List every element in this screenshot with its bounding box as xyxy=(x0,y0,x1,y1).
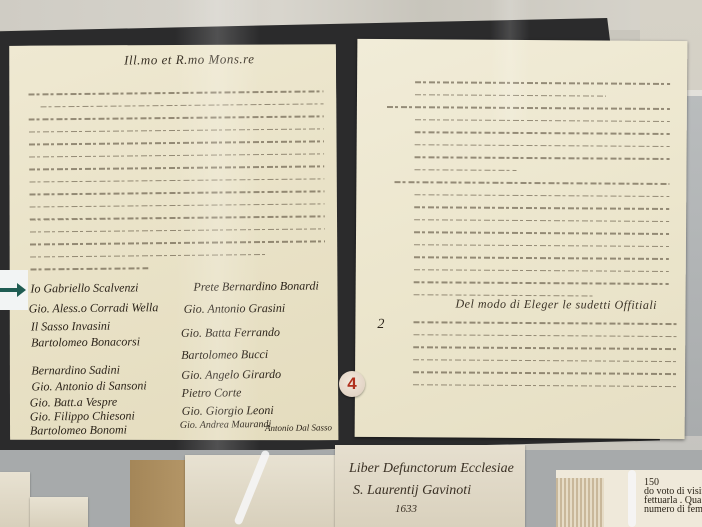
manuscript-body-text xyxy=(414,81,671,308)
signature: Gio. Antonio di Sansoni xyxy=(31,378,146,394)
signature: Io Gabriello Scalvenzi xyxy=(30,280,138,296)
signature: Gio. Batta Ferrando xyxy=(181,325,280,341)
manuscript-left: Ill.mo et R.mo Mons.re Io Gabriello Scal… xyxy=(6,42,340,443)
cover-inscription: S. Laurentij Gavinoti xyxy=(353,483,471,499)
arrow-head-icon xyxy=(17,283,26,297)
bookmark-ribbon xyxy=(628,470,636,527)
signature: Bartolomeo Bonacorsi xyxy=(31,334,140,350)
signature: Gio. Andrea Maurandi xyxy=(180,419,272,431)
glass-reflection xyxy=(490,0,530,120)
signature: Antonio Dal Sasso xyxy=(265,422,332,433)
manuscript-body-text xyxy=(413,321,679,398)
exhibit-number-badge: 4 xyxy=(339,371,365,397)
signature: Pietro Corte xyxy=(181,385,241,401)
margin-number: 2 xyxy=(377,317,384,333)
signature: Gio. Angelo Girardo xyxy=(181,367,281,383)
signature: Gio. Antonio Grasini xyxy=(184,301,286,317)
page-edges xyxy=(556,478,604,527)
signature: Gio. Giorgio Leoni xyxy=(182,403,274,419)
manuscript-body-text xyxy=(28,90,325,281)
signature: Prete Bernardino Bonardi xyxy=(193,278,318,294)
cover-inscription: 1633 xyxy=(395,503,417,515)
register-cover: Liber Defunctorum Ecclesiae S. Laurentij… xyxy=(335,445,525,527)
manuscript-heading: Ill.mo et R.mo Mons.re xyxy=(124,51,255,68)
book-page-text: 150 do voto di visita fettuarla . Qua nu… xyxy=(644,478,702,514)
signature: Il Sasso Invasini xyxy=(31,319,110,335)
printed-book: 150 do voto di visita fettuarla . Qua nu… xyxy=(556,470,702,527)
signature: Bartolomeo Bonomi xyxy=(30,422,127,438)
signature: Bartolomeo Bucci xyxy=(181,347,268,363)
document-bundle xyxy=(0,472,30,527)
vellum-binding xyxy=(130,460,185,527)
page-line: numero di fem xyxy=(644,505,702,514)
cover-inscription: Liber Defunctorum Ecclesiae xyxy=(349,461,514,477)
direction-label xyxy=(0,270,28,310)
section-heading: Del modo di Eleger le sudetti Offitiali xyxy=(455,297,657,313)
document-bundle xyxy=(30,497,88,527)
signature: Gio. Aless.o Corradi Wella xyxy=(29,300,159,316)
signature: Bernardino Sadini xyxy=(31,363,120,379)
